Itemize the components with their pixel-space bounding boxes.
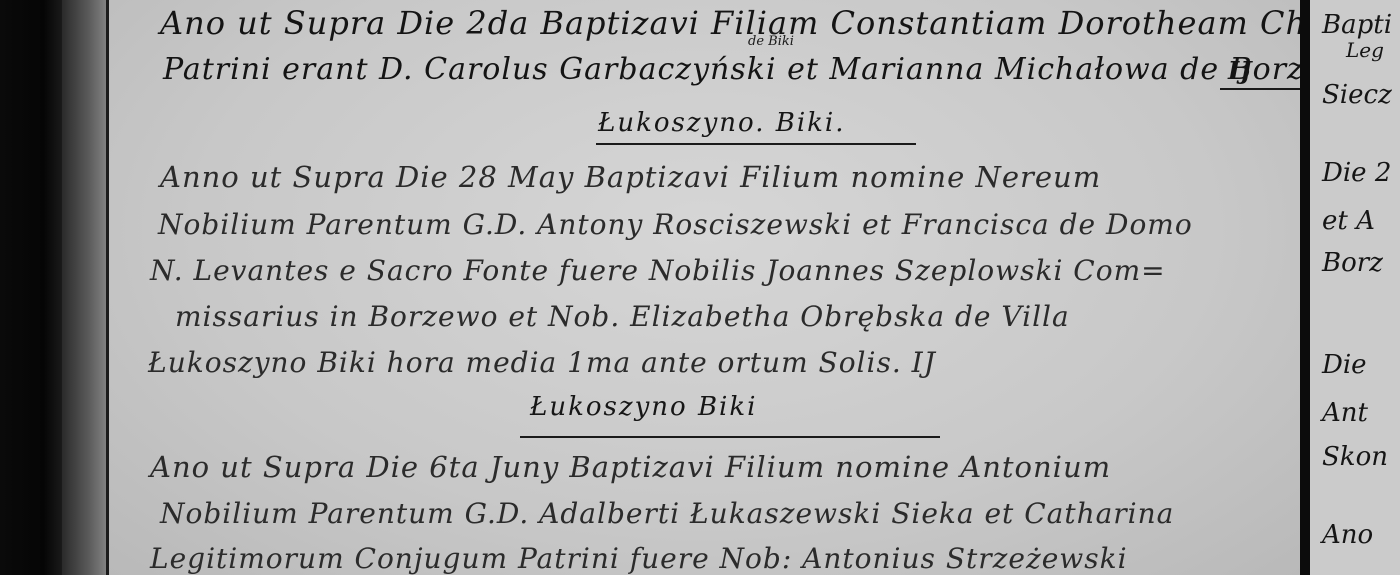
margin-fragment: Skon <box>1322 442 1388 472</box>
adjacent-page-fragment: Bapti Leg Siecz Die 2 et A Borz Die Ant … <box>1310 0 1400 575</box>
entry-1-interlinear-note: de Biki <box>748 34 794 49</box>
entry-2-heading-underline <box>596 143 916 145</box>
margin-fragment: Leg <box>1346 38 1384 62</box>
margin-fragment: Ano <box>1322 520 1373 550</box>
entry-2-line-3: N. Levantes e Sacro Fonte fuere Nobilis … <box>150 254 1166 287</box>
margin-fragment: Die 2 <box>1322 158 1391 188</box>
entry-1-line-2: Patrini erant D. Carolus Garbaczyński et… <box>163 52 1368 87</box>
entry-2-line-2: Nobilium Parentum G.D. Antony Rosciszews… <box>158 208 1193 241</box>
entry-2-line-4: missarius in Borzewo et Nob. Elizabetha … <box>175 300 1070 333</box>
margin-fragment: Borz <box>1322 248 1383 278</box>
margin-fragment: Siecz <box>1322 80 1392 110</box>
entry-1-end-rule <box>1220 88 1310 90</box>
entry-2-line-1: Anno ut Supra Die 28 May Baptizavi Filiu… <box>160 160 1101 194</box>
page-gutter <box>62 0 110 575</box>
margin-fragment: Bapti <box>1322 10 1392 40</box>
page-column-divider <box>1300 0 1310 575</box>
margin-fragment: Ant <box>1322 398 1368 428</box>
margin-fragment: et A <box>1322 206 1375 236</box>
entry-3-heading: Łukoszyno Biki <box>530 392 757 422</box>
book-binding-shadow <box>0 0 62 575</box>
entry-3-line-1: Ano ut Supra Die 6ta Juny Baptizavi Fili… <box>150 450 1111 484</box>
entry-3-heading-underline <box>520 436 940 438</box>
entry-2-heading: Łukoszyno. Biki. <box>598 108 846 138</box>
entry-1-signature-mark: IJ <box>1228 56 1253 85</box>
entry-2-line-5: Łukoszyno Biki hora media 1ma ante ortum… <box>148 346 936 379</box>
entry-3-line-2: Nobilium Parentum G.D. Adalberti Łukasze… <box>160 497 1174 530</box>
margin-fragment: Die <box>1322 350 1367 380</box>
entry-3-line-3: Legitimorum Conjugum Patrini fuere Nob: … <box>150 542 1128 575</box>
